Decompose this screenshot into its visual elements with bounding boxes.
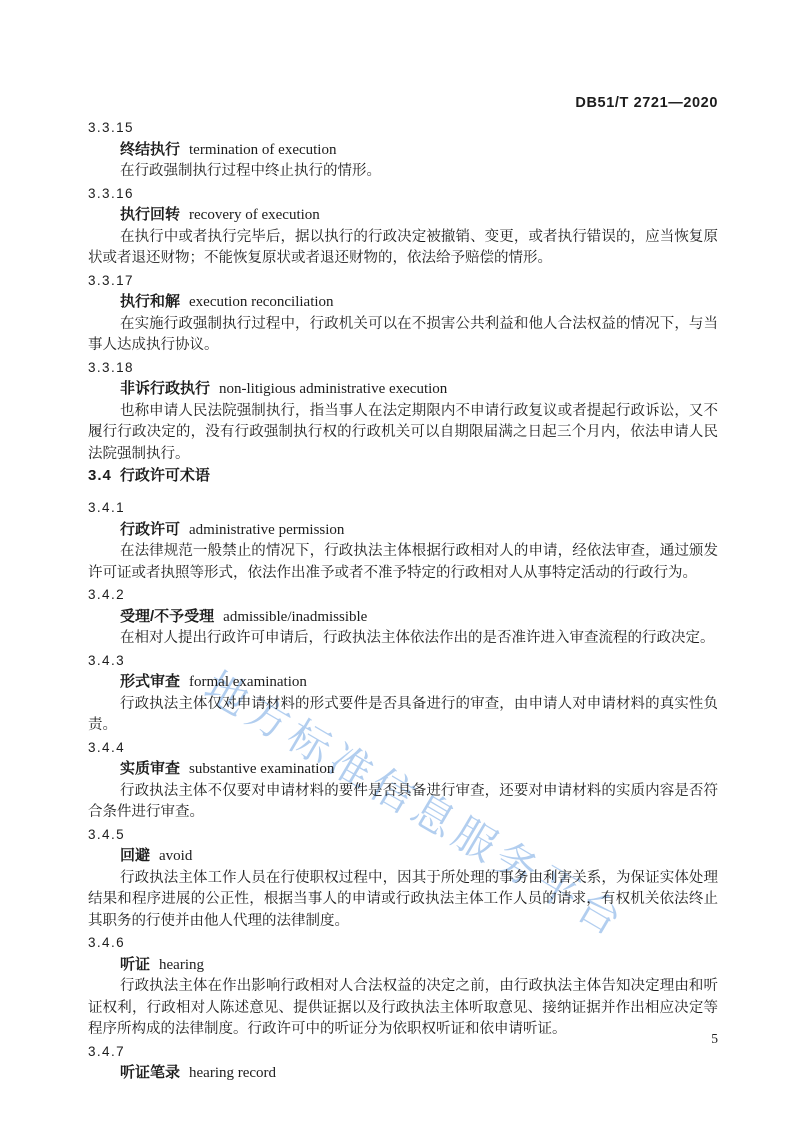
definition: 在法律规范一般禁止的情况下，行政执法主体根据行政相对人的申请，经依法审查，通过颁… [88, 541, 718, 584]
page-number: 5 [88, 1031, 718, 1047]
term-en: substantive examination [189, 761, 334, 777]
term-line: 听证笔录hearing record [120, 1062, 718, 1085]
term-zh: 非诉行政执行 [120, 380, 210, 397]
entry-number: 3.4.1 [88, 497, 718, 519]
term-zh: 听证 [120, 956, 150, 973]
term-line: 终结执行termination of execution [120, 139, 718, 162]
page-content: 3.3.15 终结执行termination of execution 在行政强… [88, 117, 718, 1085]
term-line: 听证hearing [120, 954, 718, 977]
term-zh: 终结执行 [120, 141, 180, 158]
subclause-title: 行政许可术语 [120, 467, 210, 484]
definition: 行政执法主体工作人员在行使职权过程中，因其于所处理的事务由利害关系，为保证实体处… [88, 868, 718, 933]
subclause-heading-3-4: 3.4行政许可术语 [88, 465, 718, 487]
entry-3-4-6: 3.4.6 听证hearing 行政执法主体在作出影响行政相对人合法权益的决定之… [88, 932, 718, 1041]
term-line: 形式审查formal examination [120, 671, 718, 694]
term-en: hearing [159, 957, 204, 973]
entry-number: 3.3.16 [88, 183, 718, 205]
term-en: formal examination [189, 674, 307, 690]
entry-number: 3.4.6 [88, 932, 718, 954]
entry-3-3-15: 3.3.15 终结执行termination of execution 在行政强… [88, 117, 718, 183]
term-line: 执行回转recovery of execution [120, 204, 718, 227]
definition: 也称申请人民法院强制执行，指当事人在法定期限内不申请行政复议或者提起行政诉讼，又… [88, 401, 718, 466]
term-zh: 形式审查 [120, 673, 180, 690]
term-line: 执行和解execution reconciliation [120, 291, 718, 314]
subclause-number: 3.4 [88, 467, 112, 484]
term-zh: 回避 [120, 847, 150, 864]
term-line: 实质审查substantive examination [120, 758, 718, 781]
entry-number: 3.4.5 [88, 824, 718, 846]
entry-number: 3.4.4 [88, 737, 718, 759]
entry-3-4-2: 3.4.2 受理/不予受理admissible/inadmissible 在相对… [88, 584, 718, 650]
standard-document-page: DB51/T 2721—2020 地方标准信息服务平台 3.3.15 终结执行t… [0, 0, 793, 1122]
entry-number: 3.4.2 [88, 584, 718, 606]
entry-3-4-5: 3.4.5 回避avoid 行政执法主体工作人员在行使职权过程中，因其于所处理的… [88, 824, 718, 933]
term-line: 回避avoid [120, 845, 718, 868]
term-zh: 实质审查 [120, 760, 180, 777]
entry-number: 3.4.3 [88, 650, 718, 672]
entry-3-3-16: 3.3.16 执行回转recovery of execution 在执行中或者执… [88, 183, 718, 270]
definition: 在实施行政强制执行过程中，行政机关可以在不损害公共利益和他人合法权益的情况下，与… [88, 314, 718, 357]
entry-3-4-3: 3.4.3 形式审查formal examination 行政执法主体仅对申请材… [88, 650, 718, 737]
definition: 在执行中或者执行完毕后，据以执行的行政决定被撤销、变更，或者执行错误的，应当恢复… [88, 227, 718, 270]
entry-3-3-18: 3.3.18 非诉行政执行non-litigious administrativ… [88, 357, 718, 466]
entry-number: 3.3.15 [88, 117, 718, 139]
term-en: recovery of execution [189, 207, 320, 223]
term-zh: 受理/不予受理 [120, 608, 214, 625]
term-line: 行政许可administrative permission [120, 519, 718, 542]
entry-3-4-1: 3.4.1 行政许可administrative permission 在法律规… [88, 497, 718, 584]
term-en: non-litigious administrative execution [219, 381, 447, 397]
definition: 行政执法主体不仅要对申请材料的要件是否具备进行审查，还要对申请材料的实质内容是否… [88, 781, 718, 824]
definition: 在行政强制执行过程中终止执行的情形。 [88, 161, 718, 183]
doc-number-header: DB51/T 2721—2020 [88, 95, 718, 111]
term-line: 非诉行政执行non-litigious administrative execu… [120, 378, 718, 401]
definition: 行政执法主体仅对申请材料的形式要件是否具备进行的审查，由申请人对申请材料的真实性… [88, 694, 718, 737]
term-en: administrative permission [189, 522, 344, 538]
term-en: avoid [159, 848, 192, 864]
entry-3-4-7: 3.4.7 听证笔录hearing record [88, 1041, 718, 1085]
entry-number: 3.3.18 [88, 357, 718, 379]
term-line: 受理/不予受理admissible/inadmissible [120, 606, 718, 629]
entry-number: 3.3.17 [88, 270, 718, 292]
entry-3-4-4: 3.4.4 实质审查substantive examination 行政执法主体… [88, 737, 718, 824]
entry-3-3-17: 3.3.17 执行和解execution reconciliation 在实施行… [88, 270, 718, 357]
term-zh: 执行回转 [120, 206, 180, 223]
term-en: hearing record [189, 1065, 276, 1081]
term-en: termination of execution [189, 142, 336, 158]
term-zh: 行政许可 [120, 521, 180, 538]
term-zh: 执行和解 [120, 293, 180, 310]
term-en: admissible/inadmissible [223, 609, 367, 625]
term-zh: 听证笔录 [120, 1064, 180, 1081]
term-en: execution reconciliation [189, 294, 334, 310]
definition: 在相对人提出行政许可申请后，行政执法主体依法作出的是否准许进入审查流程的行政决定… [88, 628, 718, 650]
